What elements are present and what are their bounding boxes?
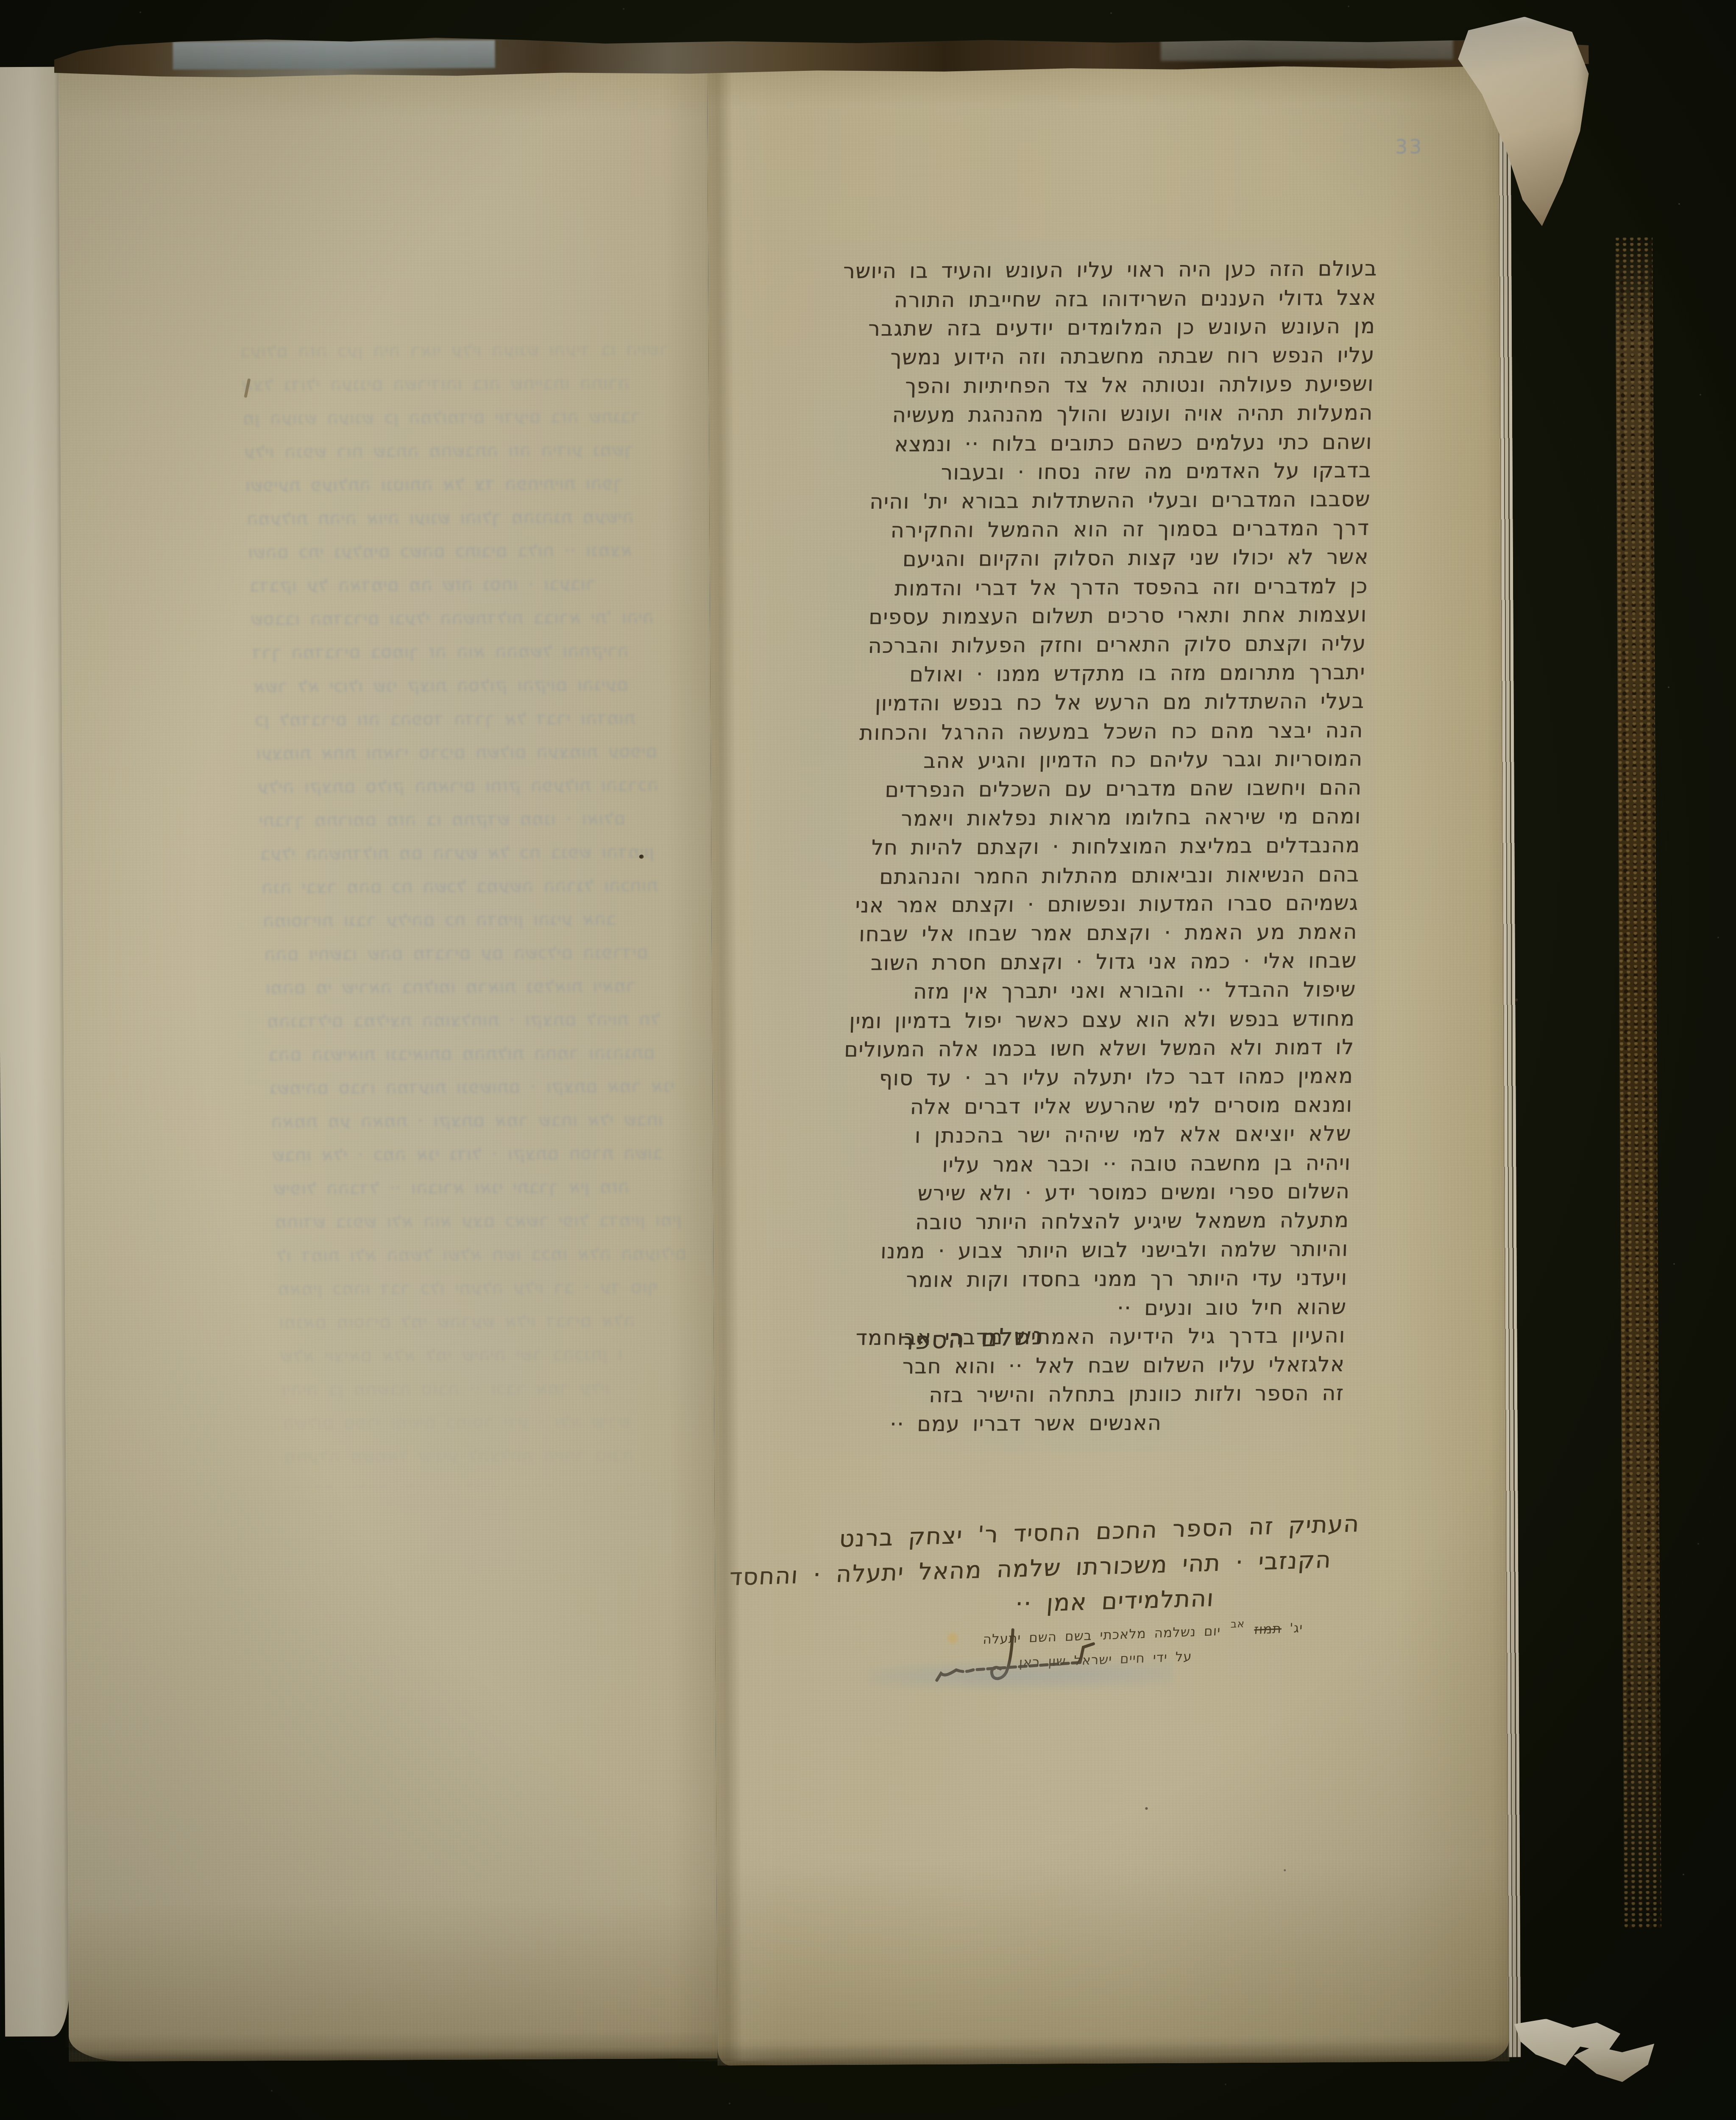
foxing-stain (946, 1631, 959, 1646)
showthrough-line: מחודש בנפש ולא הוא עצם כאשר יפול בדמיון … (274, 1203, 731, 1239)
manuscript-line: מתעלה משמאל שיגיע להצלחה היותר טובה (742, 1206, 1349, 1238)
manuscript-line: יתברך מתרומם מזה בו מתקדש ממנו · ואולם (759, 658, 1366, 689)
showthrough-line: בהם הנשיאות ונביאותם מהתלות החמר והנהגתם (267, 1036, 724, 1072)
manuscript-line: בדבקו על האדמים מה שזה נסחו · ובעבור (765, 456, 1372, 488)
showthrough-line: ההם ויחשבו שהם מדברים עם השכלים הנפרדים (263, 935, 720, 971)
showthrough-line: דרך המדברים בסמוך זה הוא ההמשל והחקירה (251, 634, 708, 670)
manuscript-line: כן למדברים וזה בהפסד הדרך אל דברי והדמות (761, 572, 1368, 603)
manuscript-line: מן העונש העונש כן המלומדים יודעים בזה שת… (769, 312, 1376, 343)
note-date-prefix: יג' (1289, 1620, 1303, 1636)
interlinear-correction: אב (1230, 1618, 1245, 1630)
manuscript-line: השלום ספרי ומשים כמוסר ידע · ולא שירש (743, 1177, 1350, 1209)
manuscript-line: ומנאם מוסרים למי שהרעש אליו דברים אלה (746, 1091, 1353, 1122)
showthrough-line: גשמיהם סברו המדעות ונפשותם · וקצתם אמר א… (268, 1069, 725, 1105)
showthrough-line: יתברך מתרומם מזה בו מתקדש ממנו · ואולם (258, 802, 715, 838)
parchment-glint (173, 40, 495, 70)
recto-text-page: 33 בעולם הזה כען היה ראוי עליו העונש והע… (707, 59, 1510, 2066)
showthrough-line: עליה וקצתם סלוק התארים וחזק הפעלות והברכ… (256, 768, 713, 804)
manuscript-line: עליה וקצתם סלוק התארים וחזק הפעלות והברכ… (760, 629, 1367, 661)
manuscript-line: ומהם מי שיראה בחלומו מראות נפלאות ויאמר (755, 802, 1362, 834)
book-completed-inscription: נשלם הספר (899, 1322, 1044, 1356)
manuscript-line: האמת מע האמת · וקצתם אמר שבחו אלי שבחו (751, 918, 1358, 949)
parchment-glint (1161, 37, 1453, 61)
showthrough-line: בדבקו על האדמים מה שזה נסחו · ובעבור (248, 567, 705, 603)
manuscript-line: המעלות תהיה אויה ועונש והולך מהנהגת מעשי… (766, 398, 1374, 430)
showthrough-line: אשר לא יכולו שני קצות הסלוק והקיום והגיע… (252, 668, 709, 704)
showthrough-line: שסבבו המדברים ובעלי ההשתדלות בבורא ית' ו… (250, 601, 707, 637)
gutter-fold-shadow (663, 60, 779, 2061)
manuscript-line: מאמין כמהו דבר כלו יתעלה עליו רב · עד סו… (747, 1062, 1354, 1093)
folio-number: 33 (1395, 135, 1424, 158)
ink-speck (1284, 1869, 1286, 1872)
manuscript-line: דרך המדברים בסמוך זה הוא ההמשל והחקירה (763, 513, 1370, 545)
showthrough-line: ועצמות אחת ותארי סרכים תשלום העצמות עספי… (255, 735, 712, 771)
verso-blank-page: בעולם הזה כען היה ראוי עליו העונש והעיד … (59, 58, 718, 2062)
colophon-block: העתיק זה הספר החכם החסיד ר' יצחק ברנט הק… (733, 1506, 1361, 1630)
manuscript-line: ההם ויחשבו שהם מדברים עם השכלים הנפרדים (755, 773, 1363, 805)
showthrough-line: אצל גדולי העננים השרידוהו בזה שחייבתו הת… (240, 366, 697, 402)
manuscript-line: הנה יבצר מהם כח השכל במעשה ההרגל והכחות (757, 716, 1364, 748)
showthrough-smudge (868, 1659, 1173, 1694)
showthrough-line: כן למדברים וזה בהפסד הדרך אל דברי והדמות (254, 701, 711, 737)
manuscript-line: בעולם הזה כען היה ראוי עליו העונש והעיד … (771, 254, 1378, 286)
wormhole (639, 854, 644, 859)
manuscript-line: גשמיהם סברו המדעות ונפשותם · וקצתם אמר א… (752, 889, 1359, 921)
showthrough-line: הנה יבצר מהם כח השכל במעשה ההרגל והכחות (260, 869, 717, 905)
showthrough-line: בעולם הזה כען היה ראוי עליו העונש והעיד … (239, 333, 696, 369)
page-bottom-shading (69, 2031, 717, 2062)
struck-month-word: תמוז (1254, 1621, 1282, 1637)
manuscript-line: זה הספר ולזות כוונתן בתחלה והישיר בזה (737, 1379, 1344, 1411)
manuscript-line: מהנבדלים במליצת המוצלחות · וקצתם להיות ח… (754, 831, 1361, 863)
manuscript-line: אלגזאלי עליו השלום שבח לאל ·· והוא חבר (738, 1350, 1345, 1382)
manuscript-line: ויעדני עדי היותר רך ממני בחסדו וקות אומר (741, 1264, 1348, 1295)
manuscript-line: המוסריות וגבר עליהם כח הדמיון והגיע אהב (756, 745, 1363, 776)
showthrough-line: שבחו אלי · כמה אני גדול · וקצתם חסרת השו… (271, 1136, 728, 1172)
manuscript-line: שהוא חיל טוב ונעים ·· (740, 1293, 1347, 1325)
showthrough-line: בעלי ההשתדלות מם הרעש אל כח בנפש והדמיון (259, 835, 716, 871)
showthrough-line: מאמין כמהו דבר כלו יתעלה עליו רב · עד סו… (277, 1270, 734, 1306)
background-dust-specks (0, 0, 1, 1)
manuscript-line: אצל גדולי העננים השרידוהו בזה שחייבתו הת… (770, 283, 1377, 315)
showthrough-line: המוסריות וגבר עליהם כח הדמיון והגיע אהב (262, 902, 719, 938)
manuscript-line: שבחו אלי · כמה אני גדול · וקצתם חסרת השו… (750, 946, 1357, 978)
manuscript-line: אשר לא יכולו שני קצות הסלוק והקיום והגיע… (762, 542, 1369, 574)
showthrough-line: המעלות תהיה אויה ועונש והולך מהנהגת מעשי… (246, 500, 703, 536)
manuscript-line: שלא יוציאם אלא למי שיהיה ישר בהכנתן ו (745, 1119, 1352, 1151)
showthrough-line: ושפיעת פעולתה ונטותה אל צד הפחיתיות והפך (244, 467, 701, 503)
showthrough-line: שיפול ההבדל ·· והבורא ואני יתברך אין מזה (273, 1170, 730, 1206)
showthrough-line: ומנאם מוסרים למי שהרעש אליו דברים אלה (278, 1304, 735, 1340)
manuscript-line: ויהיה בן מחשבה טובה ·· וכבר אמר עליו (744, 1149, 1351, 1180)
manuscript-line: לו דמות ולא המשל ושלא חשו בכמו אלה המעול… (747, 1033, 1354, 1065)
manuscript-line: שסבבו המדברים ובעלי ההשתדלות בבורא ית' ו… (764, 485, 1371, 516)
page-bottom-shading (717, 2034, 1509, 2066)
open-codex: בעולם הזה כען היה ראוי עליו העונש והעיד … (0, 8, 1684, 2087)
note-completion-text: יום נשלמה מלאכתי בשם השם יתעלה (983, 1623, 1221, 1648)
ink-speck (1145, 1807, 1148, 1810)
manuscript-line: מחודש בנפש ולא הוא עצם כאשר יפול בדמיון … (748, 1004, 1355, 1036)
manuscript-line: בעלי ההשתדלות מם הרעש אל כח בנפש והדמיון (758, 686, 1365, 718)
showthrough-line: מן העונש העונש כן המלומדים יודעים בזה שת… (242, 400, 699, 436)
manuscript-line: ושהם כתי נעלמים כשהם כתובים בלוח ·· ונמצ… (766, 427, 1373, 459)
manuscript-line: האנשים אשר דבריו עמם ·· (736, 1408, 1343, 1439)
manuscript-line: והיותר שלמה ולבישני לבוש היותר צבוע · ממ… (741, 1235, 1349, 1266)
showthrough-line: שלא יוציאם אלא למי שיהיה ישר בהכנתן ו (279, 1337, 736, 1373)
manuscript-line: שיפול ההבדל ·· והבורא ואני יתברך אין מזה (749, 975, 1356, 1007)
showthrough-line: ושהם כתי נעלמים כשהם כתובים בלוח ·· ונמצ… (247, 534, 704, 570)
showthrough-line: מהנבדלים במליצת המוצלחות · וקצתם להיות ח… (266, 1002, 723, 1038)
manuscript-line: ושפיעת פעולתה ונטותה אל צד הפחיתיות והפך (767, 369, 1374, 401)
main-handwritten-text-block: בעולם הזה כען היה ראוי עליו העונש והעיד … (736, 254, 1378, 1439)
showthrough-line: האמת מע האמת · וקצתם אמר שבחו אלי שבחו (270, 1103, 727, 1139)
manuscript-line: עליו הנפש רוח שבתה מחשבתה וזה הידוע נמשך (768, 340, 1375, 372)
showthrough-line: ומהם מי שיראה בחלומו מראות נפלאות ויאמר (265, 969, 722, 1005)
showthrough-line: עליו הנפש רוח שבתה מחשבתה וזה הידוע נמשך (243, 433, 700, 469)
showthrough-line: לו דמות ולא המשל ושלא חשו בכמו אלה המעול… (275, 1237, 732, 1273)
manuscript-line: ועצמות אחת ותארי סרכים תשלום העצמות עספי… (761, 600, 1368, 632)
manuscript-photo: בעולם הזה כען היה ראוי עליו העונש והעיד … (0, 0, 1736, 2120)
manuscript-line: בהם הנשיאות ונביאותם מהתלות החמר והנהגתם (752, 860, 1360, 892)
